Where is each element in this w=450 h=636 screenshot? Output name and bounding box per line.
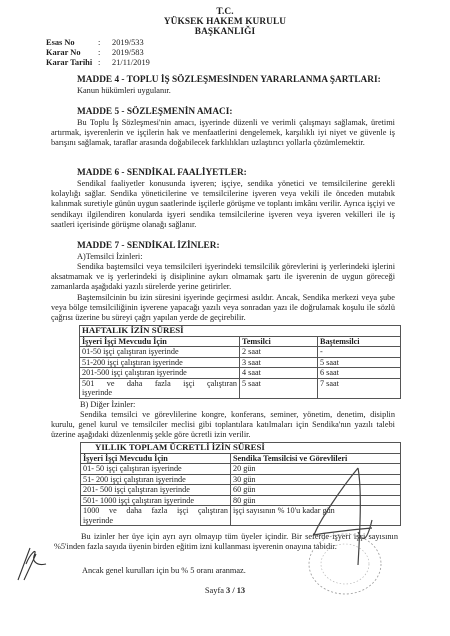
table-row: 51-200 işçi çalıştıran işyerinde 3 saat … [80, 357, 401, 368]
meta-esas-no: Esas No:2019/533 [46, 38, 150, 48]
madde7-para-a1: Sendika baştemsilci veya temsilcileri iş… [51, 262, 395, 293]
col-header-workforce: İşyeri İşçi Mevcudu İçin [81, 453, 231, 464]
madde6-title: MADDE 6 - SENDİKAL FAALİYETLER: [77, 168, 247, 179]
initials-signature-icon [14, 540, 48, 582]
madde7-para-a2: Baştemsilcinin bu izin süresini işyerind… [51, 293, 395, 324]
meta-karar-tarihi: Karar Tarihi:21/11/2019 [46, 58, 150, 68]
meta-karar-no: Karar No:2019/583 [46, 48, 150, 58]
madde4-title: MADDE 4 - TOPLU İŞ SÖZLEŞMESİNDEN YARARL… [77, 75, 381, 86]
table-row: 201-500 işçi çalıştıran işyerinde 4 saat… [80, 368, 401, 379]
col-header-representative: Temsilci [240, 336, 318, 347]
madde7-para-b1: Sendika temsilci ve görevlilerine kongre… [51, 410, 395, 441]
table-row: 01-50 işçi çalıştıran işyerinde 2 saat - [80, 347, 401, 358]
madde5-title: MADDE 5 - SÖZLEŞMENİN AMACI: [77, 107, 232, 118]
madde7-para-b3: Ancak genel kurulları için bu % 5 oranı … [82, 566, 246, 576]
case-meta: Esas No:2019/533 Karar No:2019/583 Karar… [46, 38, 150, 68]
madde4-body: Kanun hükümleri uygulanır. [77, 86, 171, 96]
table-row: 501 ve daha fazla işçi çalıştıranişyerin… [80, 378, 401, 398]
madde5-body: Bu Toplu İş Sözleşmesi'nin amacı, işyeri… [51, 118, 395, 149]
weekly-leave-table-title: HAFTALIK İZİN SÜRESİ [80, 326, 401, 337]
section-b-label: B) Diğer İzinler: [80, 400, 135, 410]
official-stamp-icon [305, 528, 385, 598]
col-header-workforce: İşyeri İşçi Mevcudu İçin [80, 336, 240, 347]
madde6-body: Sendikal faaliyetler konusunda işveren; … [51, 179, 395, 230]
header-tc: T.C. [0, 7, 450, 17]
weekly-leave-table: HAFTALIK İZİN SÜRESİ İşyeri İşçi Mevcudu… [79, 325, 401, 399]
header-institution: YÜKSEK HAKEM KURULU [0, 17, 450, 27]
madde7-title: MADDE 7 - SENDİKAL İZİNLER: [77, 241, 220, 252]
section-a-label: A)Temsilci İzinleri: [77, 252, 143, 262]
col-header-chief-representative: Baştemsilci [318, 336, 401, 347]
annual-paid-leave-table-title: YILLIK TOPLAM ÜCRETLİ İZİN SÜRESİ [81, 443, 401, 454]
header-presidency: BAŞKANLIĞI [0, 27, 450, 37]
